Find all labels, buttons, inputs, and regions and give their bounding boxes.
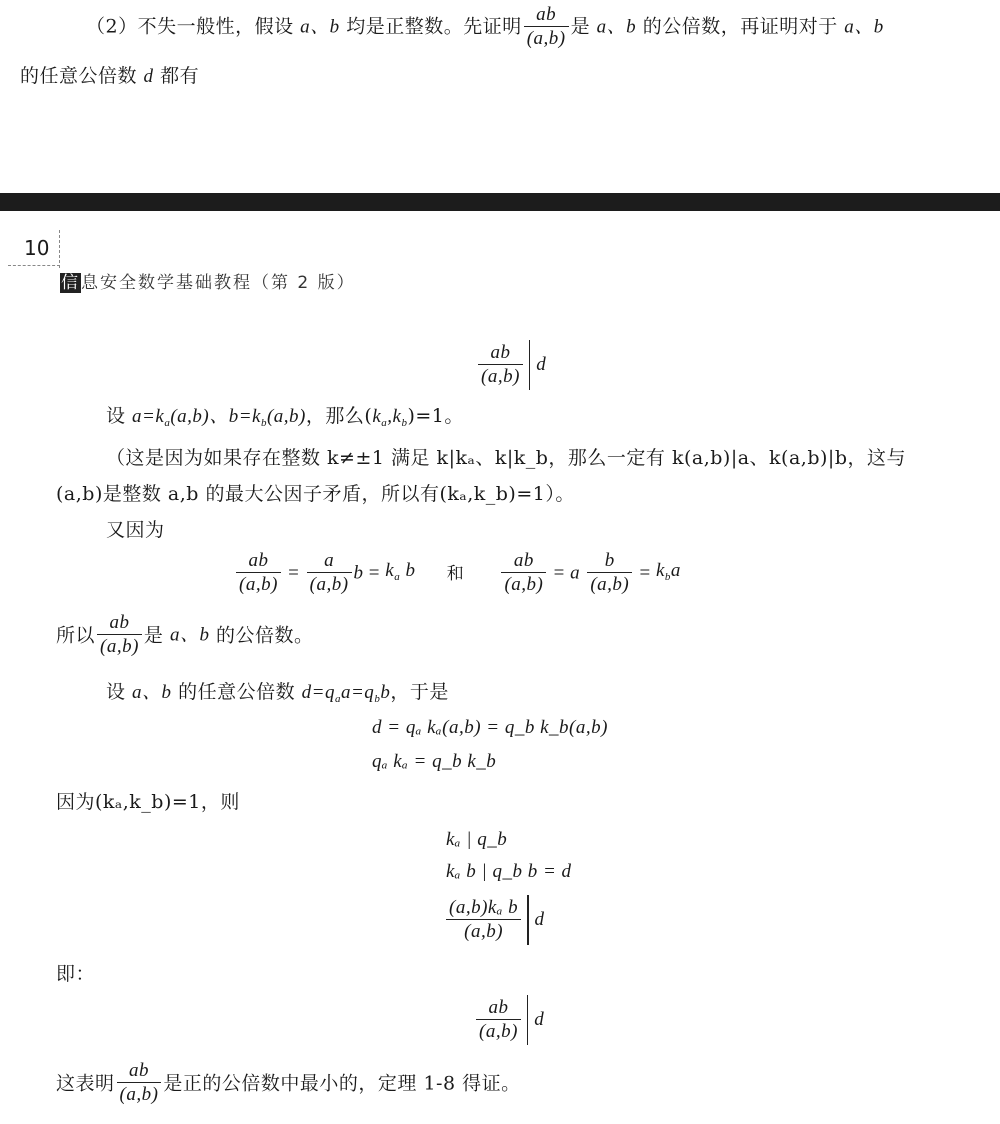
page-separator-band <box>0 193 1000 211</box>
paragraph-reason-line1: （这是因为如果存在整数 k≠±1 满足 k|kₐ、k|k_b，那么一定有 k(a… <box>106 446 906 470</box>
text: 是 <box>144 625 170 647</box>
denominator: (a,b) <box>117 1082 162 1107</box>
conjunction: 和 <box>447 564 465 584</box>
text: ，那么( <box>306 405 372 427</box>
math: a=k <box>132 406 164 427</box>
page-number: 10 <box>24 236 49 260</box>
text: 是正的公倍数中最小的，定理 1-8 得证。 <box>163 1073 520 1095</box>
text: 是 <box>571 16 597 38</box>
equation-2: ab(a,b) = a(a,b)b = ka b 和 ab(a,b) = a b… <box>234 550 681 597</box>
numerator: ab <box>501 550 546 572</box>
fraction: a(a,b) <box>307 550 352 597</box>
fraction: ab(a,b) <box>524 4 569 51</box>
math: k <box>385 560 394 581</box>
numerator: ab <box>117 1060 162 1082</box>
math: a=q <box>341 682 374 703</box>
math: b <box>400 560 415 581</box>
text: 这表明 <box>56 1073 115 1095</box>
equation-1: ab(a,b)d <box>476 340 546 390</box>
top-paragraph-line2: 的任意公倍数 d 都有 <box>20 64 199 89</box>
numerator: ab <box>524 4 569 26</box>
math-vars: a、b <box>170 625 210 646</box>
book-title-header: 信息安全数学基础教程（第 2 版） <box>60 268 356 293</box>
math: ,k <box>387 406 401 427</box>
fraction: ab(a,b) <box>478 342 523 389</box>
denominator: (a,b) <box>501 572 546 597</box>
paragraph-because-coprime: 因为(kₐ,k_b)=1，则 <box>56 790 240 814</box>
text: ，于是 <box>390 681 449 703</box>
equals: = <box>639 563 650 584</box>
denominator: (a,b) <box>524 26 569 51</box>
math: a <box>671 560 681 581</box>
paragraph-reason-line2: (a,b)是整数 a,b 的最大公因子矛盾，所以有(kₐ,k_b)=1）。 <box>56 482 575 506</box>
text: 均是正整数。先证明 <box>340 16 522 38</box>
denominator: (a,b) <box>307 572 352 597</box>
paragraph-conclusion: 这表明ab(a,b)是正的公倍数中最小的，定理 1-8 得证。 <box>56 1060 521 1107</box>
math-vars: a、b <box>300 17 340 38</box>
title-highlight-char: 信 <box>60 273 81 293</box>
text: 的公倍数，再证明对于 <box>636 16 844 38</box>
fraction: ab(a,b) <box>236 550 281 597</box>
rhs: d <box>534 1009 544 1030</box>
math: a <box>570 563 580 584</box>
equation-8: ab(a,b)d <box>474 995 544 1045</box>
denominator: (a,b) <box>587 572 632 597</box>
text: 设 <box>106 405 132 427</box>
denominator: (a,b) <box>476 1019 521 1044</box>
paragraph-any-common-multiple: 设 a、b 的任意公倍数 d=qaa=qbb，于是 <box>106 680 449 711</box>
fraction: b(a,b) <box>587 550 632 597</box>
denominator: (a,b) <box>446 919 521 944</box>
numerator: (a,b)kₐ b <box>446 897 521 919</box>
equation-3: d = qₐ kₐ(a,b) = q_b k_b(a,b) <box>372 716 608 740</box>
divides-bar <box>529 340 530 390</box>
equation-4: qₐ kₐ = q_b k_b <box>372 750 496 774</box>
paragraph-also-because: 又因为 <box>106 518 165 542</box>
fraction: ab(a,b) <box>476 997 521 1044</box>
math: d=q <box>302 682 335 703</box>
fraction: ab(a,b) <box>117 1060 162 1107</box>
math-term: kba <box>656 560 681 581</box>
math: b <box>354 563 364 584</box>
paragraph-so-common-multiple: 所以ab(a,b)是 a、b 的公倍数。 <box>56 612 314 659</box>
text: 的任意公倍数 <box>172 681 302 703</box>
denominator: (a,b) <box>478 364 523 389</box>
math: k <box>656 560 665 581</box>
divides-bar <box>527 895 528 945</box>
divides-bar <box>527 995 528 1045</box>
equals: = <box>369 563 380 584</box>
numerator: ab <box>236 550 281 572</box>
numerator: ab <box>476 997 521 1019</box>
math: (a,b) <box>267 406 306 427</box>
math-vars: a、b <box>844 17 884 38</box>
paragraph-define-k: 设 a=ka(a,b)、b=kb(a,b)，那么(ka,kb)=1。 <box>106 404 464 435</box>
paragraph-that-is: 即： <box>56 962 95 986</box>
fraction: ab(a,b) <box>97 612 142 659</box>
header-divider-vertical <box>59 230 60 268</box>
equals: = <box>554 563 565 584</box>
header-divider-horizontal <box>8 265 60 266</box>
fraction: ab(a,b) <box>501 550 546 597</box>
text: 都有 <box>154 65 200 87</box>
text: 所以 <box>56 625 95 647</box>
equals: = <box>288 563 299 584</box>
numerator: ab <box>97 612 142 634</box>
math-var: d <box>144 66 154 87</box>
math-vars: a、b <box>132 682 172 703</box>
equation-5: kₐ | q_b <box>446 828 507 852</box>
numerator: ab <box>478 342 523 364</box>
numerator: b <box>587 550 632 572</box>
numerator: a <box>307 550 352 572</box>
math-vars: a、b <box>597 17 637 38</box>
equation-7: (a,b)kₐ b(a,b)d <box>444 895 545 945</box>
text: 的任意公倍数 <box>20 65 144 87</box>
rhs: d <box>535 909 545 930</box>
math: b <box>380 682 390 703</box>
rhs: d <box>536 354 546 375</box>
denominator: (a,b) <box>236 572 281 597</box>
text: )=1。 <box>407 405 463 427</box>
top-paragraph-line1: （2）不失一般性，假设 a、b 均是正整数。先证明ab(a,b)是 a、b 的公… <box>86 4 884 51</box>
denominator: (a,b) <box>97 634 142 659</box>
math: (a,b)、b=k <box>170 406 261 427</box>
fraction: (a,b)kₐ b(a,b) <box>446 897 521 944</box>
math: k <box>372 406 381 427</box>
text: （2）不失一般性，假设 <box>86 16 300 38</box>
text: 的公倍数。 <box>209 625 313 647</box>
math-term: ka b <box>385 560 415 581</box>
equation-6: kₐ b | q_b b = d <box>446 860 572 884</box>
title-text: 息安全数学基础教程（第 2 版） <box>81 273 356 293</box>
text: 设 <box>106 681 132 703</box>
